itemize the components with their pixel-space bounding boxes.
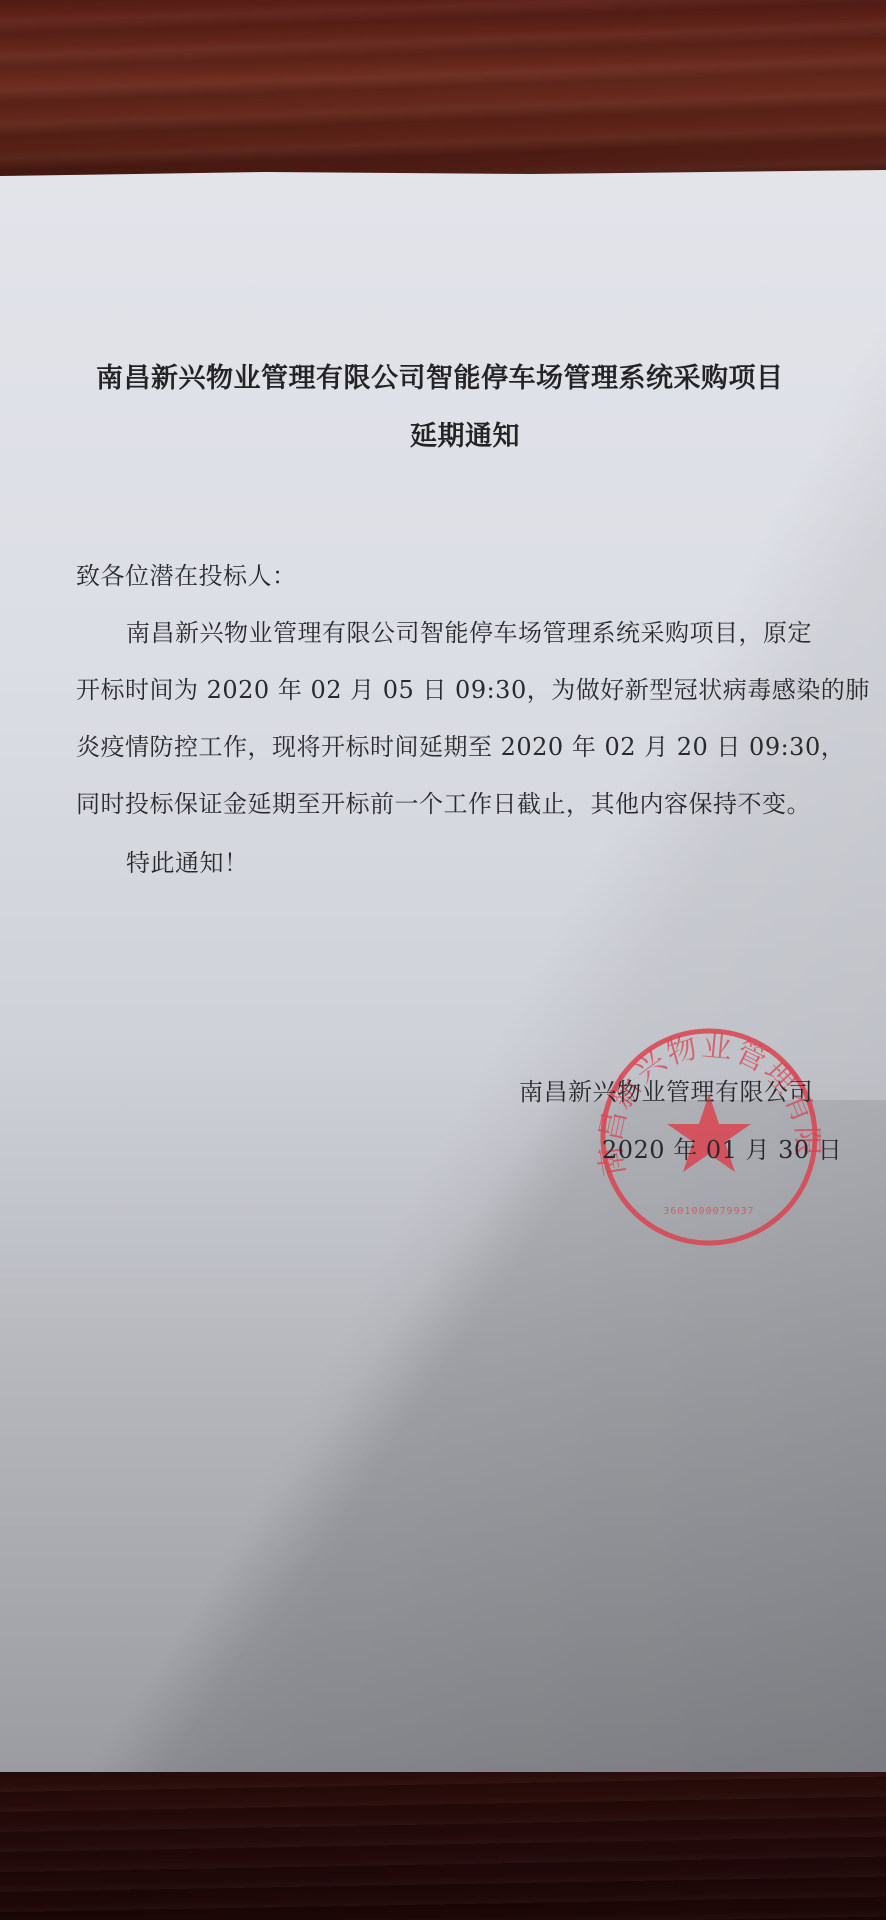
wooden-table-top: [0, 0, 886, 175]
closing-line: 特此通知！: [126, 843, 249, 878]
body-line-4: 同时投标保证金延期至开标前一个工作日截止，其他内容保持不变。: [76, 784, 811, 819]
svg-text:3601000079937: 3601000079937: [663, 1206, 754, 1217]
document-title-line2: 延期通知: [410, 414, 520, 453]
document-title-line1: 南昌新兴物业管理有限公司智能停车场管理系统采购项目: [96, 356, 784, 395]
body-line-3: 炎疫情防控工作，现将开标时间延期至 2020 年 02 月 20 日 09:30…: [76, 727, 845, 762]
salutation: 致各位潜在投标人：: [76, 556, 297, 591]
body-line-2: 开标时间为 2020 年 02 月 05 日 09:30，为做好新型冠状病毒感染…: [76, 670, 870, 705]
body-line-1: 南昌新兴物业管理有限公司智能停车场管理系统采购项目，原定: [126, 613, 812, 648]
signature-date: 2020 年 01 月 30 日: [602, 1130, 842, 1165]
paper-sheet: [0, 170, 886, 1774]
wooden-table-bottom: [0, 1772, 886, 1920]
signature-company: 南昌新兴物业管理有限公司: [519, 1072, 813, 1107]
